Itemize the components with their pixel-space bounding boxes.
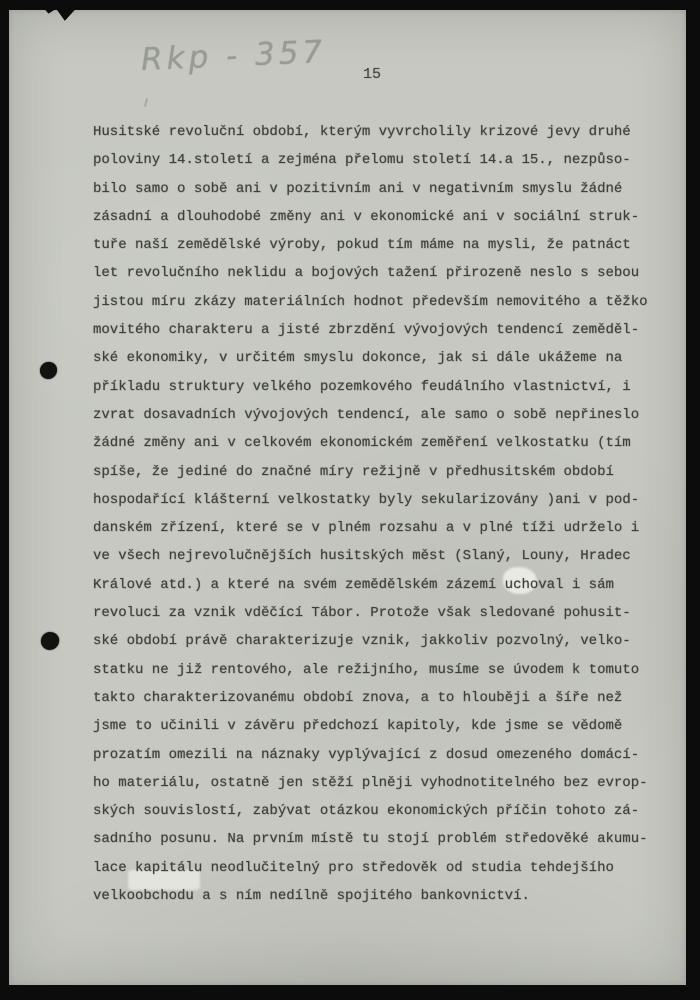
text-line: bilo samo o sobě ani v pozitivním ani v … — [93, 175, 659, 203]
text-line: statku ne již rentového, ale režijního, … — [93, 656, 659, 684]
text-line: lace kapitálu neodlučitelný pro středově… — [93, 854, 659, 882]
text-line: zásadní a dlouhodobé změny ani v ekonomi… — [93, 203, 659, 231]
text-line: jsme to učinili v závěru předchozí kapit… — [93, 712, 659, 740]
text-line: revoluci za vznik vděčící Tábor. Protože… — [93, 599, 659, 627]
text-line: ské období právě charakterizuje vznik, j… — [93, 627, 659, 655]
text-line: ské ekonomiky, v určitém smyslu dokonce,… — [93, 344, 659, 372]
text-line: takto charakterizovanému období znova, a… — [93, 684, 659, 712]
text-line: prozatím omezili na náznaky vyplývající … — [93, 741, 659, 769]
manuscript-number: Rkp - 357 — [140, 34, 327, 78]
text-line: spíše, že jediné do značné míry režijně … — [93, 458, 659, 486]
text-line: zvrat dosavadních vývojových tendencí, a… — [93, 401, 659, 429]
pencil-mark — [144, 98, 148, 107]
text-line: poloviny 14.století a zejména přelomu st… — [93, 146, 659, 174]
text-line: velkoobchodu a s ním nedílně spojitého b… — [93, 882, 659, 910]
typewritten-text: Husitské revoluční období, kterým vyvrch… — [93, 118, 659, 910]
text-line: žádné změny ani v celkovém ekonomickém z… — [93, 429, 659, 457]
text-line: Husitské revoluční období, kterým vyvrch… — [93, 118, 659, 146]
text-line: ských souvislostí, zabývat otázkou ekono… — [93, 797, 659, 825]
hole-punch-dot — [40, 362, 57, 379]
document-page: Rkp - 357 15 Husitské revoluční období, … — [9, 10, 686, 985]
text-line: let revolučního neklidu a bojových tažen… — [93, 259, 659, 287]
text-line: ho materiálu, ostatně jen stěží plněji v… — [93, 769, 659, 797]
text-line: hospodařící klášterní velkostatky byly s… — [93, 486, 659, 514]
text-line: Králové atd.) a které na svém zemědělské… — [93, 571, 659, 599]
page-number: 15 — [363, 66, 381, 83]
text-line: sadního posunu. Na prvním místě tu stojí… — [93, 825, 659, 853]
text-line: ve všech nejrevolučnějších husitských mě… — [93, 542, 659, 570]
hole-punch-dot — [39, 630, 60, 651]
text-line: příkladu struktury velkého pozemkového f… — [93, 373, 659, 401]
text-line: tuře naší zemědělské výroby, pokud tím m… — [93, 231, 659, 259]
text-line: jistou míru zkázy materiálních hodnot př… — [93, 288, 659, 316]
text-line: movitého charakteru a jisté zbrzdění výv… — [93, 316, 659, 344]
text-line: danském zřízení, které se v plném rozsah… — [93, 514, 659, 542]
scan-background: Rkp - 357 15 Husitské revoluční období, … — [0, 0, 700, 1000]
